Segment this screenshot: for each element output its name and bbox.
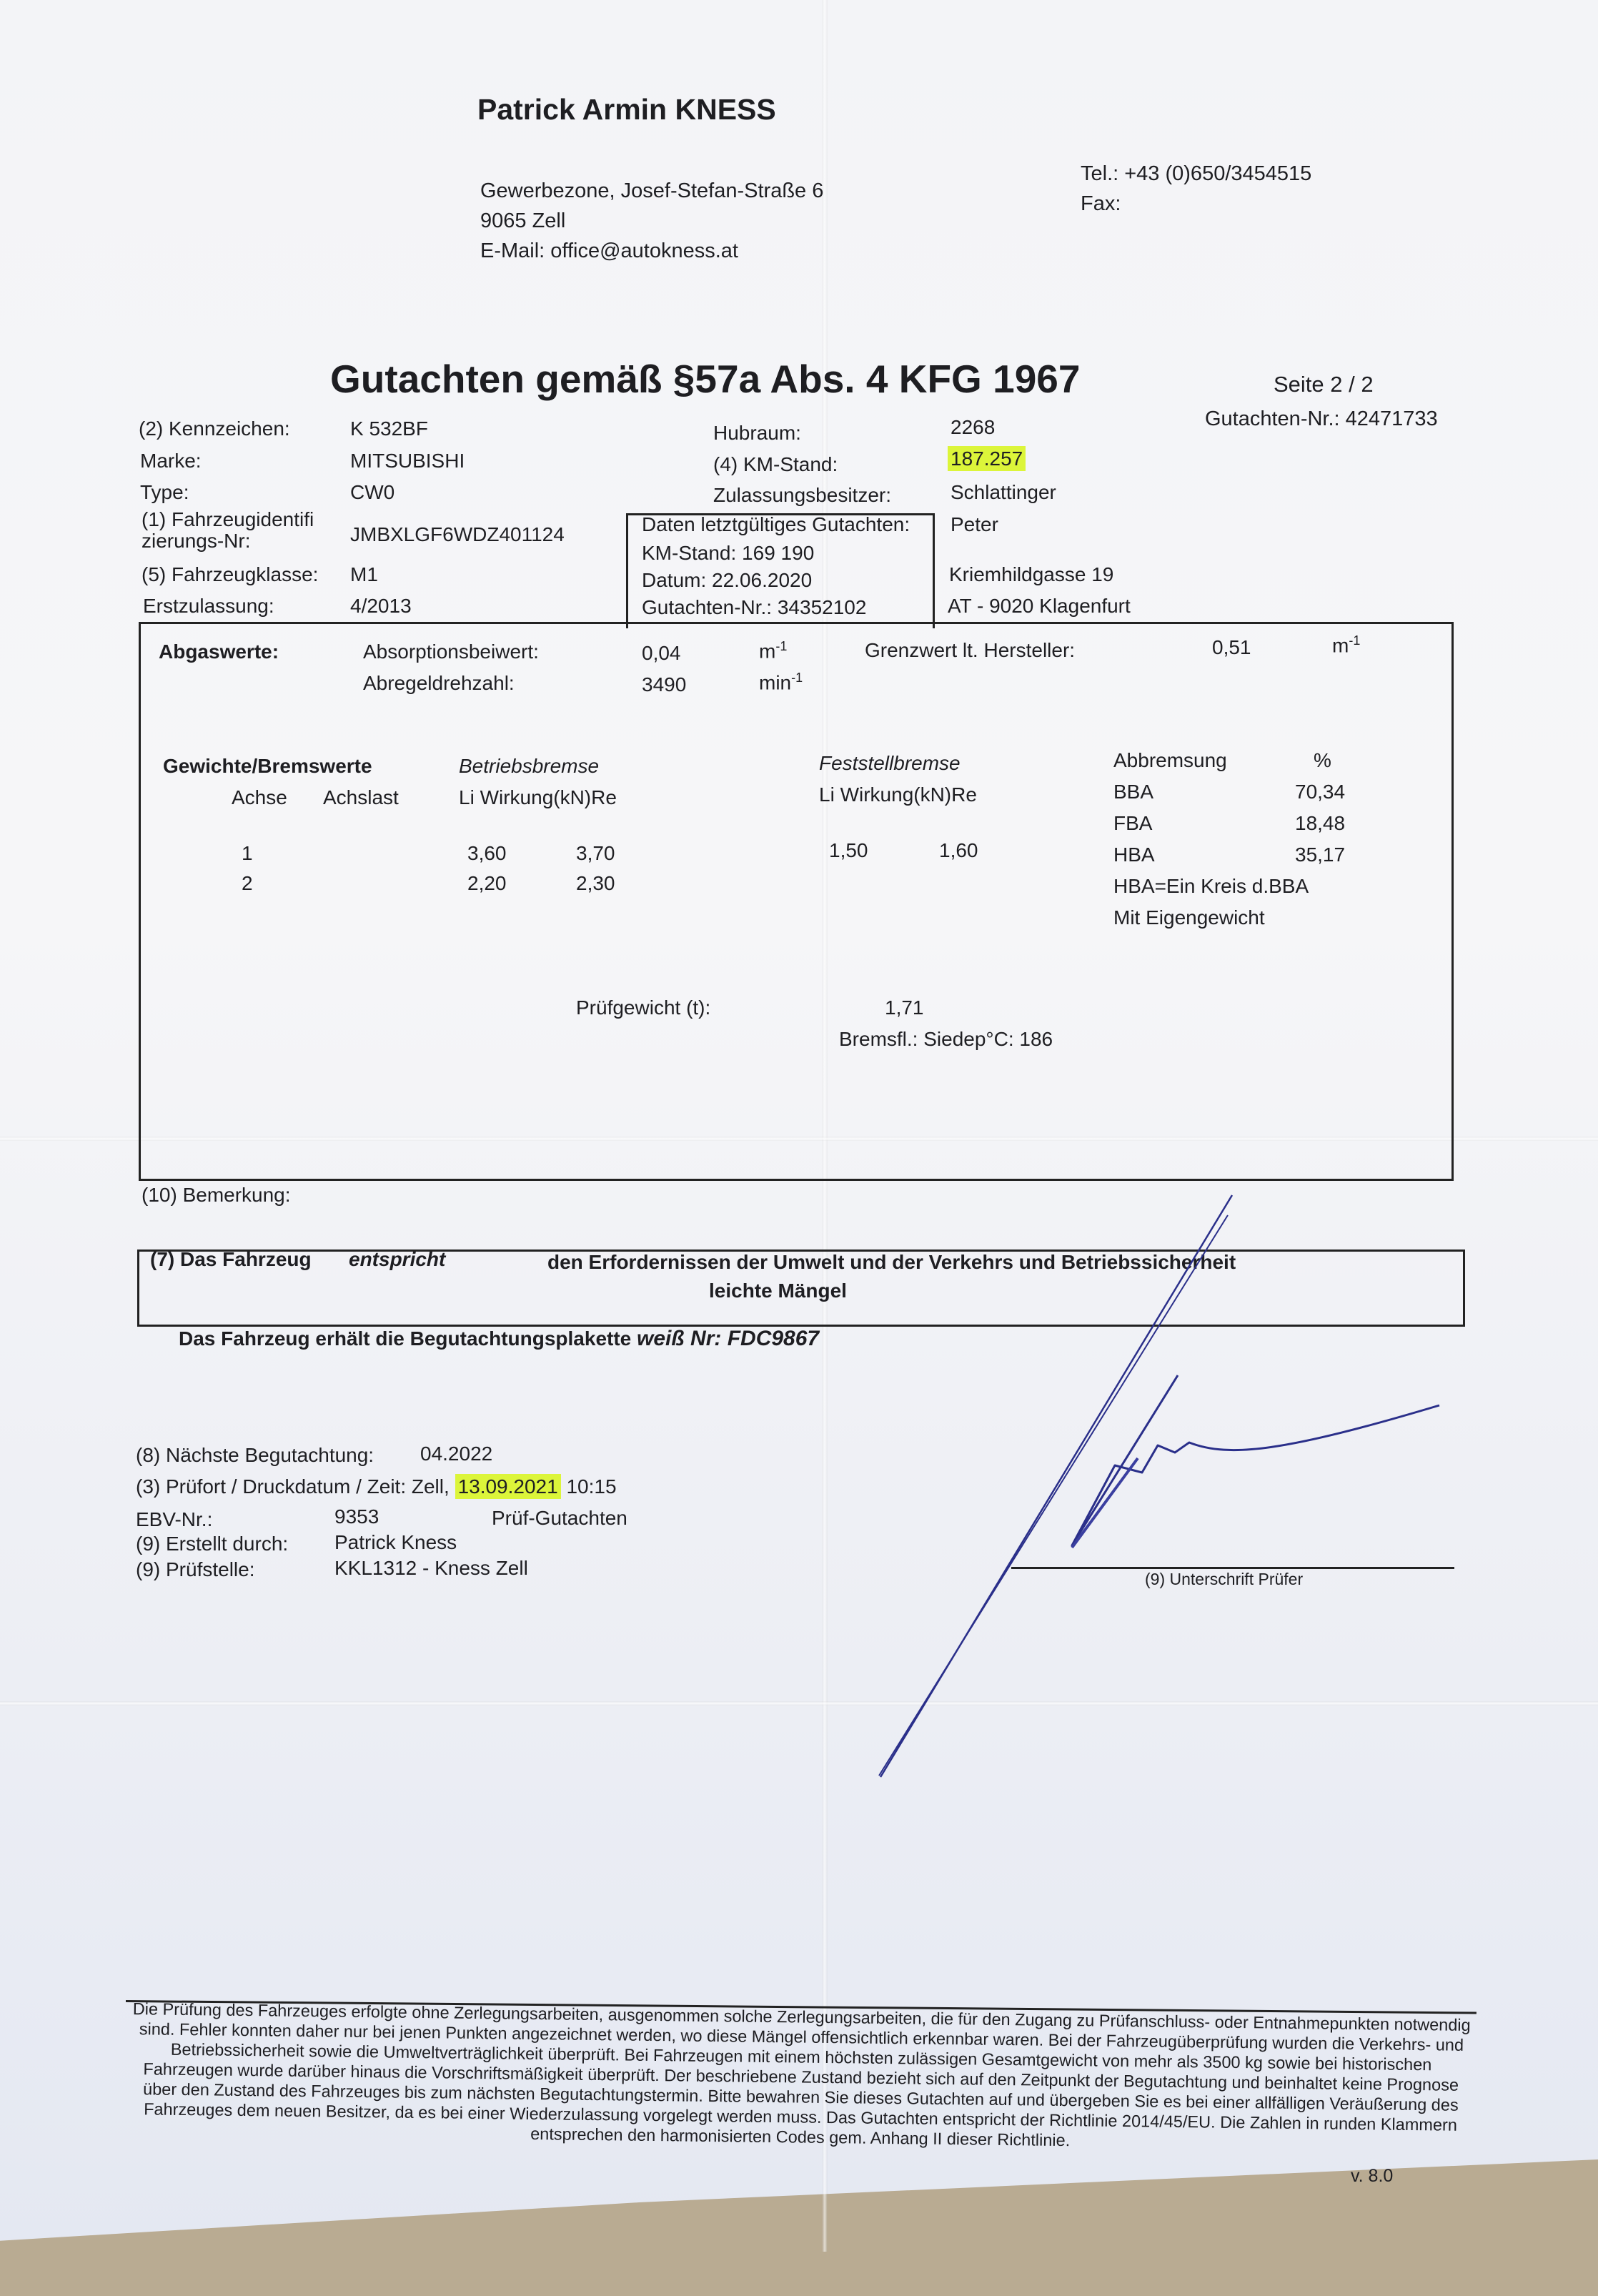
pruefgewicht-value: 1,71: [885, 996, 924, 1019]
address-line: 9065 Zell: [480, 206, 823, 236]
type-label: Type:: [140, 481, 189, 504]
ebv-value: 9353: [334, 1505, 379, 1528]
address-line: Gewerbezone, Josef-Stefan-Straße 6: [480, 176, 823, 206]
siedepunkt: Bremsfl.: Siedep°C: 186: [839, 1028, 1053, 1051]
report-number: Gutachten-Nr.: 42471733: [1205, 407, 1438, 431]
col-achslast: Achslast: [323, 786, 399, 809]
absorption-unit: m-1: [759, 639, 787, 663]
type-value: CW0: [350, 481, 394, 504]
fin-label: (1) Fahrzeugidentifi zierungs-Nr:: [142, 509, 314, 552]
row-achse: 1: [242, 842, 253, 865]
abbremsung-label: Abbremsung: [1113, 749, 1227, 772]
pruefgewicht-label: Prüfgewicht (t):: [576, 996, 710, 1019]
plakette-text: Das Fahrzeug erhält die Begutachtungspla…: [179, 1327, 631, 1350]
signature-line: [1011, 1567, 1454, 1569]
besitzer-ort: AT - 9020 Klagenfurt: [948, 595, 1131, 618]
col-achse: Achse: [232, 786, 287, 809]
paper-fold-horizontal: [0, 1701, 1598, 1706]
report-number-value: 42471733: [1346, 407, 1438, 430]
verdict-defects: leichte Mängel: [709, 1280, 847, 1302]
document-title: Gutachten gemäß §57a Abs. 4 KFG 1967: [330, 356, 1080, 402]
besitzer-strasse: Kriemhildgasse 19: [949, 563, 1113, 586]
creator-value: Patrick Kness: [334, 1531, 457, 1554]
km-stand-value: 187.257: [948, 447, 1026, 470]
row-fb-re: 1,60: [939, 839, 978, 862]
station-label: (9) Prüfstelle:: [136, 1558, 255, 1581]
row-bb-li: 3,60: [467, 842, 507, 865]
abbremsung-value: 18,48: [1295, 812, 1345, 835]
previous-report-heading: Daten letztgültiges Gutachten:: [642, 513, 910, 536]
brake-note: Mit Eigengewicht: [1113, 906, 1265, 929]
limit-value: 0,51: [1212, 636, 1251, 659]
hubraum-label: Hubraum:: [713, 422, 801, 445]
company-fax: Fax:: [1081, 189, 1311, 219]
fin-label-line: zierungs-Nr:: [142, 530, 314, 552]
creator-label: (9) Erstellt durch:: [136, 1533, 288, 1555]
report-number-label: Gutachten-Nr.:: [1205, 407, 1340, 430]
row-bb-li: 2,20: [467, 872, 507, 895]
plakette-number: weiß Nr: FDC9867: [637, 1327, 819, 1350]
previous-report-km: KM-Stand: 169 190: [642, 542, 814, 565]
besitzer-vorname: Peter: [951, 513, 998, 536]
brake-note: HBA=Ein Kreis d.BBA: [1113, 875, 1309, 898]
absorption-value: 0,04: [642, 642, 681, 665]
verdict-text: den Erfordernissen der Umwelt und der Ve…: [547, 1251, 1236, 1274]
row-achse: 2: [242, 872, 253, 895]
report-kind: Prüf-Gutachten: [492, 1507, 627, 1530]
next-inspection-value: 04.2022: [420, 1443, 492, 1465]
erstzulassung-value: 4/2013: [350, 595, 412, 618]
unit-exponent: -1: [1349, 633, 1360, 648]
unit-exponent: -1: [775, 639, 787, 653]
parking-brake-heading: Feststellbremse: [819, 752, 961, 775]
hubraum-value: 2268: [951, 416, 995, 439]
kennzeichen-label: (2) Kennzeichen:: [139, 417, 290, 440]
previous-report-date: Datum: 22.06.2020: [642, 569, 812, 592]
inspection-date: 13.09.2021: [455, 1474, 561, 1499]
company-contact: Tel.: +43 (0)650/3454515 Fax:: [1081, 159, 1311, 219]
besitzer-label: Zulassungsbesitzer:: [713, 484, 891, 507]
absorption-label: Absorptionsbeiwert:: [363, 640, 539, 663]
next-inspection-label: (8) Nächste Begutachtung:: [136, 1444, 374, 1467]
verdict-status: entspricht: [349, 1248, 445, 1271]
place-label: (3) Prüfort / Druckdatum / Zeit: Zell,: [136, 1475, 450, 1498]
form-version: v. 8.0: [1351, 2166, 1393, 2187]
inspection-time: 10:15: [566, 1475, 616, 1498]
service-brake-heading: Betriebsbremse: [459, 755, 599, 778]
previous-report-number: Gutachten-Nr.: 34352102: [642, 596, 866, 619]
unit: min: [759, 671, 791, 693]
row-fb-li: 1,50: [829, 839, 868, 862]
rpm-value: 3490: [642, 673, 686, 696]
klasse-label: (5) Fahrzeugklasse:: [142, 563, 318, 586]
unit-exponent: -1: [791, 671, 803, 685]
percent-label: %: [1314, 749, 1331, 772]
fin-label-line: (1) Fahrzeugidentifi: [142, 509, 314, 530]
plakette-line: Das Fahrzeug erhält die Begutachtungspla…: [179, 1327, 819, 1351]
company-email: E-Mail: office@autokness.at: [480, 236, 823, 266]
company-name: Patrick Armin KNESS: [477, 93, 776, 127]
besitzer-name: Schlattinger: [951, 481, 1056, 504]
company-phone: Tel.: +43 (0)650/3454515: [1081, 159, 1311, 189]
station-value: KKL1312 - Kness Zell: [334, 1557, 528, 1580]
parking-brake-sub: Li Wirkung(kN)Re: [819, 783, 977, 806]
ebv-label: EBV-Nr.:: [136, 1508, 212, 1531]
marke-label: Marke:: [140, 450, 202, 472]
row-bb-re: 2,30: [576, 872, 615, 895]
signature-label: (9) Unterschrift Prüfer: [1145, 1570, 1303, 1589]
abbremsung-value: 35,17: [1295, 843, 1345, 866]
page-indicator: Seite 2 / 2: [1274, 372, 1374, 397]
abbremsung-value: 70,34: [1295, 781, 1345, 803]
brakes-heading: Gewichte/Bremswerte: [163, 755, 372, 778]
footer-disclaimer: Die Prüfung des Fahrzeuges erfolgte ohne…: [124, 1999, 1478, 2155]
unit: m: [1332, 634, 1349, 656]
row-bb-re: 3,70: [576, 842, 615, 865]
inspection-place-date: (3) Prüfort / Druckdatum / Zeit: Zell, 1…: [136, 1475, 617, 1498]
measurements-box: [139, 622, 1454, 1181]
klasse-value: M1: [350, 563, 378, 586]
verdict-label: (7) Das Fahrzeug: [150, 1248, 312, 1271]
highlight-marker: 187.257: [948, 446, 1026, 471]
abbremsung-name: HBA: [1113, 843, 1155, 866]
limit-unit: m-1: [1332, 633, 1360, 657]
rpm-unit: min-1: [759, 671, 803, 694]
unit: m: [759, 640, 775, 662]
erstzulassung-label: Erstzulassung:: [143, 595, 274, 618]
limit-label: Grenzwert lt. Hersteller:: [865, 639, 1075, 662]
abbremsung-name: FBA: [1113, 812, 1152, 835]
rpm-label: Abregeldrehzahl:: [363, 672, 515, 695]
abgaswerte-label: Abgaswerte:: [159, 640, 279, 663]
marke-value: MITSUBISHI: [350, 450, 465, 472]
kennzeichen-value: K 532BF: [350, 417, 428, 440]
fin-value: JMBXLGF6WDZ401124: [350, 523, 565, 546]
km-stand-label: (4) KM-Stand:: [713, 453, 838, 476]
service-brake-sub: Li Wirkung(kN)Re: [459, 786, 617, 809]
remarks-label: (10) Bemerkung:: [142, 1184, 291, 1207]
abbremsung-name: BBA: [1113, 781, 1153, 803]
company-address: Gewerbezone, Josef-Stefan-Straße 6 9065 …: [480, 176, 823, 266]
